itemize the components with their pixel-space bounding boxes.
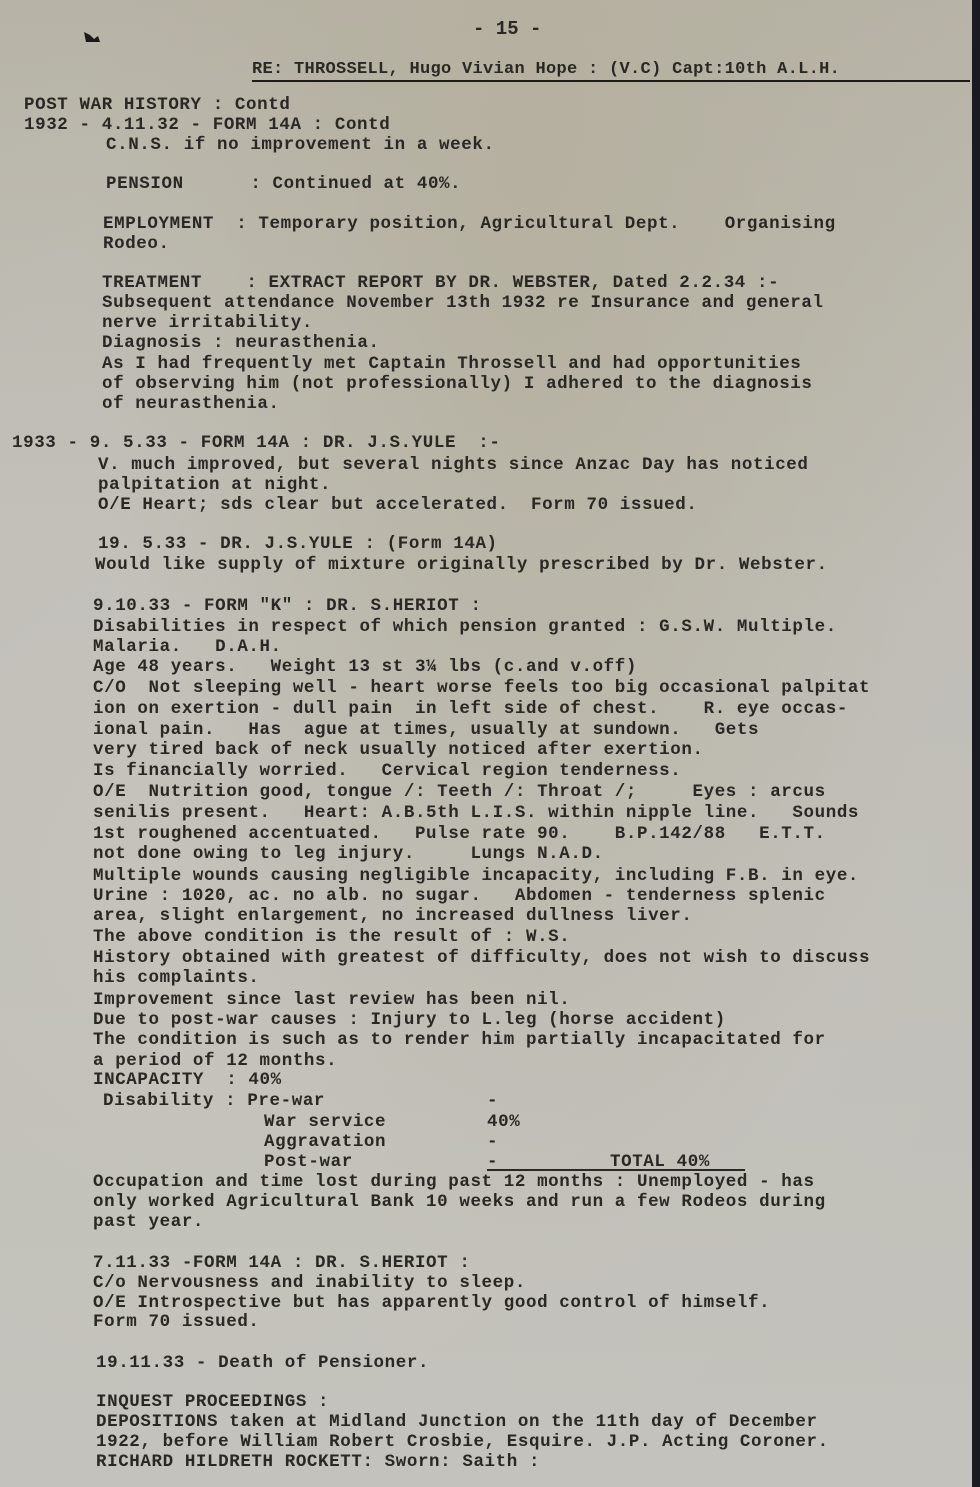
text-line: of neurasthenia. [102,394,280,414]
text-line: Age 48 years. Weight 13 st 3¼ lbs (c.and… [93,657,637,677]
text-line: area, slight enlargement, no increased d… [93,906,693,926]
text-line: 1st roughened accentuated. Pulse rate 90… [93,824,826,844]
text-line: The above condition is the result of : W… [93,927,570,947]
disability-label: War service [264,1112,386,1132]
ink-mark-icon [82,30,102,44]
disability-label: Disability : Pre-war [103,1091,325,1111]
inquest-header: INQUEST PROCEEDINGS : [96,1392,329,1412]
page-number: - 15 - [473,18,541,40]
disability-label: Post-war [264,1152,353,1172]
entry-header: 9.10.33 - FORM "K" : DR. S.HERIOT : [93,596,482,616]
text-line: Diagnosis : neurasthenia. [102,333,380,353]
text-line: C/O Not sleeping well - heart worse feel… [93,678,870,698]
total-underline [487,1169,745,1171]
text-line: History obtained with greatest of diffic… [93,948,870,968]
section-title: POST WAR HISTORY : Contd [24,95,290,115]
text-line: only worked Agricultural Bank 10 weeks a… [93,1192,826,1212]
text-line: Rodeo. [103,234,170,254]
disability-label: Aggravation [264,1132,386,1152]
text-line: C.N.S. if no improvement in a week. [106,135,495,155]
text-line: a period of 12 months. [93,1051,337,1071]
text-line: O/E Introspective but has apparently goo… [93,1293,770,1313]
text-line: As I had frequently met Captain Throssel… [102,354,801,374]
incapacity-line: INCAPACITY : 40% [93,1070,282,1090]
death-entry: 19.11.33 - Death of Pensioner. [96,1353,429,1373]
text-line: Disabilities in respect of which pension… [93,617,837,637]
text-line: nerve irritability. [102,313,313,333]
entry-header: 1932 - 4.11.32 - FORM 14A : Contd [24,115,390,135]
text-line: Urine : 1020, ac. no alb. no sugar. Abdo… [93,886,826,906]
text-line: Due to post-war causes : Injury to L.leg… [93,1010,726,1030]
entry-header: 1933 - 9. 5.33 - FORM 14A : DR. J.S.YULE… [12,433,500,453]
text-line: 1922, before William Robert Crosbie, Esq… [96,1432,829,1452]
text-line: Improvement since last review has been n… [93,990,570,1010]
text-line: O/E Heart; sds clear but accelerated. Fo… [98,495,698,515]
text-line: ion on exertion - dull pain in left side… [93,699,848,719]
treatment-line: TREATMENT : EXTRACT REPORT BY DR. WEBSTE… [102,273,779,293]
text-line: of observing him (not professionally) I … [102,374,813,394]
text-line: RICHARD HILDRETH ROCKETT: Sworn: Saith : [96,1452,540,1472]
text-line: palpitation at night. [98,475,331,495]
text-line: Subsequent attendance November 13th 1932… [102,293,824,313]
text-line: O/E Nutrition good, tongue /: Teeth /: T… [93,782,826,802]
text-line: C/o Nervousness and inability to sleep. [93,1273,526,1293]
text-line: Form 70 issued. [93,1312,260,1332]
entry-header: 19. 5.33 - DR. J.S.YULE : (Form 14A) [98,534,498,554]
employment-line: EMPLOYMENT : Temporary position, Agricul… [103,214,836,234]
text-line: senilis present. Heart: A.B.5th L.I.S. w… [93,803,859,823]
text-line: DEPOSITIONS taken at Midland Junction on… [96,1412,818,1432]
disability-value: - [487,1091,498,1111]
text-line: Would like supply of mixture originally … [95,555,828,575]
pension-line: PENSION : Continued at 40%. [106,174,461,194]
text-line: V. much improved, but several nights sin… [98,455,809,475]
text-line: ional pain. Has ague at times, usually a… [93,720,759,740]
text-line: very tired back of neck usually noticed … [93,740,704,760]
text-line: past year. [93,1212,204,1232]
page-edge [972,0,980,1487]
document-page: - 15 - RE: THROSSELL, Hugo Vivian Hope :… [0,0,972,1487]
disability-value: - [487,1132,498,1152]
text-line: not done owing to leg injury. Lungs N.A.… [93,844,604,864]
text-line: Malaria. D.A.H. [93,637,282,657]
text-line: Is financially worried. Cervical region … [93,761,681,781]
document-heading: RE: THROSSELL, Hugo Vivian Hope : (V.C) … [252,60,840,79]
text-line: The condition is such as to render him p… [93,1030,826,1050]
entry-header: 7.11.33 -FORM 14A : DR. S.HERIOT : [93,1253,470,1273]
text-line: Occupation and time lost during past 12 … [93,1172,815,1192]
text-line: his complaints. [93,968,260,988]
disability-value: 40% [487,1112,520,1132]
text-line: Multiple wounds causing negligible incap… [93,866,859,886]
heading-underline [252,80,970,82]
